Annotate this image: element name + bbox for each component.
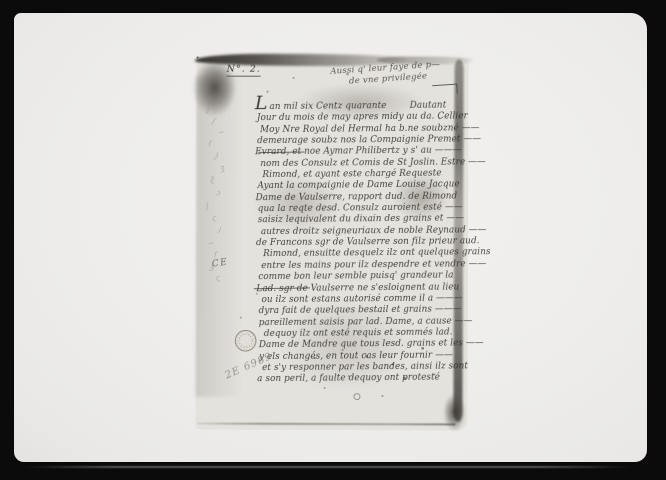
showthrough-mark: ς — [216, 96, 222, 105]
document-number-annotation: N°. 2. — [227, 65, 261, 77]
showthrough-mark: ʃ — [205, 202, 209, 210]
archive-stamp-icon — [233, 328, 259, 354]
showthrough-mark: ξ — [210, 177, 214, 185]
showthrough-mark: ) — [206, 107, 209, 115]
showthrough-mark: ʒ — [219, 164, 225, 173]
ink-ring-mark — [353, 393, 360, 400]
paper-edge-reflection — [24, 466, 632, 468]
heading-bracket-flourish — [432, 84, 458, 96]
photo-print-paper: ς)ʃ~ſ}ʒξɔʃς)~ſʒς N°. 2. Aussi q' leur fa… — [14, 13, 647, 462]
showthrough-mark: ʃ — [211, 117, 216, 125]
showthrough-mark: ~ — [218, 128, 226, 137]
showthrough-mark: ~ — [207, 239, 215, 248]
showthrough-mark: ς — [212, 215, 217, 223]
showthrough-mark: ſ — [208, 141, 211, 149]
showthrough-mark: ς — [215, 274, 221, 283]
ink-speckles-top — [197, 57, 199, 59]
showthrough-mark: ɔ — [215, 189, 221, 198]
manuscript-body-text: Lan mil six Centz quarante DautantJour d… — [257, 96, 492, 386]
manuscript-heading: Aussi q' leur faye de p—de vne privilegé… — [330, 60, 441, 89]
showthrough-mark: ) — [217, 226, 222, 235]
stain-bottom-right-corner — [443, 393, 465, 431]
stain-bottom-torn-edge — [197, 423, 455, 426]
showthrough-mark: } — [213, 152, 220, 161]
manuscript-page: ς)ʃ~ſ}ʒξɔʃς)~ſʒς N°. 2. Aussi q' leur fa… — [195, 57, 468, 431]
ink-speckles-bottom — [197, 57, 199, 59]
manuscript-text-line: a son peril, a faulte dequoy ont protest… — [257, 372, 492, 385]
